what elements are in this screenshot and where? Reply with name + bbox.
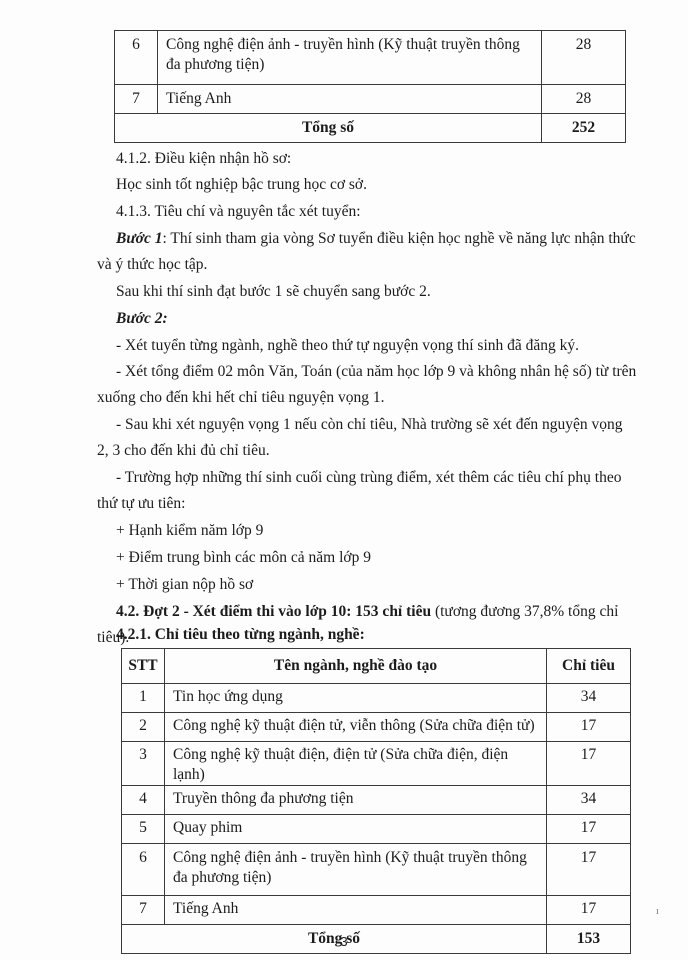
page-number: 3	[0, 934, 688, 949]
row-name: Công nghệ điện ảnh - truyền hình (Kỹ thu…	[165, 844, 547, 896]
table-row: 2Công nghệ kỹ thuật điện tử, viễn thông …	[122, 713, 631, 742]
section-4-1-2-heading: 4.1.2. Điều kiện nhận hồ sơ:	[116, 146, 636, 172]
table-row: 6 Công nghệ điện ảnh - truyền hình (Kỹ t…	[115, 31, 626, 85]
table-total-row: Tổng số 252	[115, 114, 626, 143]
step1-paragraph: Bước 1: Thí sinh tham gia vòng Sơ tuyển …	[97, 226, 637, 278]
row-quota: 28	[542, 31, 626, 85]
row-quota: 17	[547, 896, 631, 925]
row-name: Công nghệ kỹ thuật điện, điện tử (Sửa ch…	[165, 742, 547, 786]
row-stt: 6	[115, 31, 158, 85]
header-name: Tên ngành, nghề đào tạo	[165, 649, 547, 684]
total-label: Tổng số	[115, 114, 542, 143]
table-header-row: STT Tên ngành, nghề đào tạo Chỉ tiêu	[122, 649, 631, 684]
table-row: 4Truyền thông đa phương tiện34	[122, 786, 631, 815]
row-name: Công nghệ kỹ thuật điện tử, viễn thông (…	[165, 713, 547, 742]
table-row: 1Tin học ứng dụng34	[122, 684, 631, 713]
step1-text: : Thí sinh tham gia vòng Sơ tuyển điều k…	[97, 230, 636, 273]
row-stt: 1	[122, 684, 165, 713]
row-stt: 2	[122, 713, 165, 742]
row-quota: 17	[547, 742, 631, 786]
row-name: Tiếng Anh	[158, 85, 542, 114]
table-row: 7Tiếng Anh17	[122, 896, 631, 925]
step2-label: Bước 2:	[116, 306, 636, 332]
row-stt: 7	[115, 85, 158, 114]
margin-mark: ı	[656, 906, 659, 917]
row-stt: 4	[122, 786, 165, 815]
row-stt: 7	[122, 896, 165, 925]
step2-item: - Xét tổng điểm 02 môn Văn, Toán (của nă…	[97, 359, 637, 411]
row-stt: 3	[122, 742, 165, 786]
row-quota: 34	[547, 786, 631, 815]
section-4-2-title: 4.2. Đợt 2 - Xét điểm thi vào lớp 10: 15…	[116, 603, 431, 620]
header-quota: Chỉ tiêu	[547, 649, 631, 684]
step2-item: - Sau khi xét nguyện vọng 1 nếu còn chỉ …	[97, 412, 637, 464]
row-stt: 5	[122, 815, 165, 844]
priority-item: + Điểm trung bình các môn cả năm lớp 9	[116, 545, 636, 571]
row-quota: 17	[547, 815, 631, 844]
row-name: Tin học ứng dụng	[165, 684, 547, 713]
section-4-1-2-body: Học sinh tốt nghiệp bậc trung học cơ sở.	[116, 172, 636, 198]
priority-item: + Thời gian nộp hồ sơ	[116, 572, 636, 598]
table-body: 1Tin học ứng dụng342Công nghệ kỹ thuật đ…	[122, 684, 631, 925]
priority-item: + Hạnh kiểm năm lớp 9	[116, 518, 636, 544]
section-4-1-3-heading: 4.1.3. Tiêu chí và nguyên tắc xét tuyển:	[116, 199, 636, 225]
table-row: 3Công nghệ kỹ thuật điện, điện tử (Sửa c…	[122, 742, 631, 786]
table-row: 6Công nghệ điện ảnh - truyền hình (Kỹ th…	[122, 844, 631, 896]
quota-table-round2: STT Tên ngành, nghề đào tạo Chỉ tiêu 1Ti…	[121, 648, 631, 954]
header-stt: STT	[122, 649, 165, 684]
row-quota: 34	[547, 684, 631, 713]
section-4-2-1-heading: 4.2.1. Chỉ tiêu theo từng ngành, nghề:	[116, 622, 636, 648]
after-step1-text: Sau khi thí sinh đạt bước 1 sẽ chuyển sa…	[116, 279, 636, 305]
row-stt: 6	[122, 844, 165, 896]
total-value: 252	[542, 114, 626, 143]
step2-item: - Trường hợp những thí sinh cuối cùng tr…	[97, 465, 637, 517]
row-quota: 28	[542, 85, 626, 114]
row-name: Tiếng Anh	[165, 896, 547, 925]
row-name: Quay phim	[165, 815, 547, 844]
step2-item: - Xét tuyển từng ngành, nghề theo thứ tự…	[97, 333, 637, 359]
quota-table-round1-continued: 6 Công nghệ điện ảnh - truyền hình (Kỹ t…	[114, 30, 626, 143]
step1-label: Bước 1	[116, 230, 162, 247]
row-quota: 17	[547, 844, 631, 896]
row-quota: 17	[547, 713, 631, 742]
table-row: 5Quay phim17	[122, 815, 631, 844]
row-name: Truyền thông đa phương tiện	[165, 786, 547, 815]
table-row: 7 Tiếng Anh 28	[115, 85, 626, 114]
row-name: Công nghệ điện ảnh - truyền hình (Kỹ thu…	[158, 31, 542, 85]
